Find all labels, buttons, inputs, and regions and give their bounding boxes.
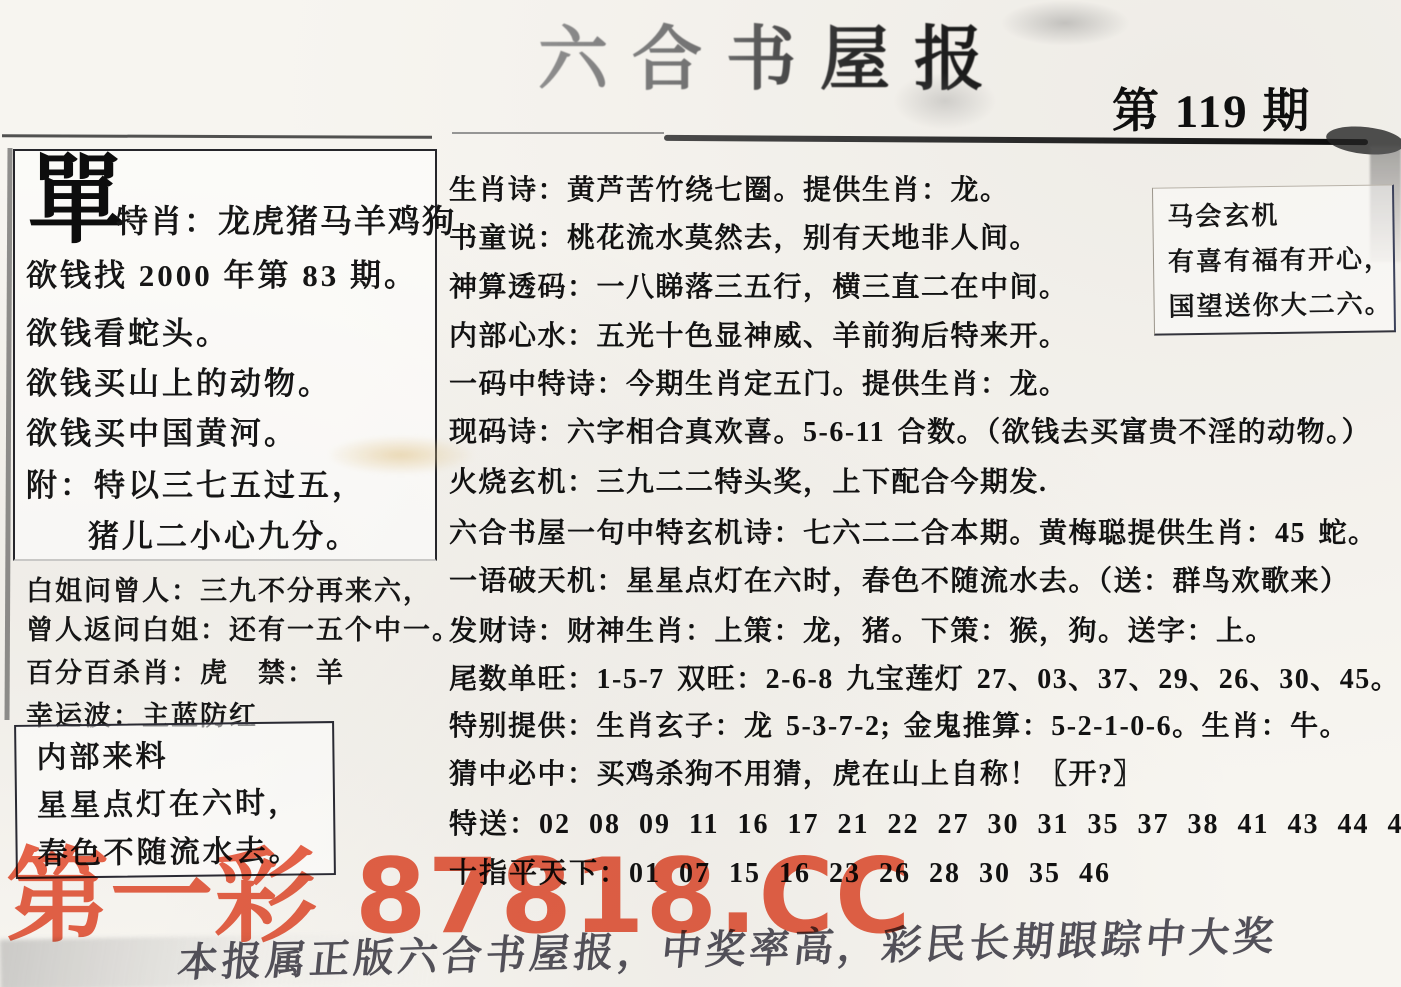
right-line-tesong-numbers: 特送：02 08 09 11 16 17 21 22 27 30 31 35 3…: [449, 802, 1401, 842]
right-line-xianmashi: 现码诗：六字相合真欢喜。5-6-11 合数。（欲钱去买富贵不淫的动物。）: [449, 410, 1371, 450]
inner-info-line: 星星点灯在六时，: [37, 779, 334, 831]
right-line-shengxiaoshi: 生肖诗：黄芦苦竹绕七圈。提供生肖：龙。: [449, 168, 1010, 208]
big-dan-character: 單: [28, 152, 125, 249]
mahui-line: 国望送你大二六。: [1168, 281, 1394, 329]
right-line-yijuzhongte: 六合书屋一句中特玄机诗：七六二二合本期。黄梅聪提供生肖：45 蛇。: [449, 511, 1378, 551]
divider-line-left: [2, 134, 432, 139]
right-line-facaishi: 发财诗：财神生肖：上策：龙，猪。下策：猴，狗。送字：上。: [449, 609, 1275, 649]
issue-number: 第 119 期: [1112, 74, 1311, 141]
tip-line: 曾人返问白姐：还有一五个中一。: [26, 608, 461, 647]
left-line: 欲钱买山上的动物。: [26, 358, 332, 403]
mahui-line: 有喜有福有开心，: [1168, 236, 1394, 284]
right-line-shensuantouma: 神算透码：一八睇落三五行，横三直二在中间。: [449, 265, 1069, 305]
mahui-xuanji-box: 马会玄机 有喜有福有开心， 国望送你大二六。: [1152, 184, 1396, 335]
left-line: 猪儿二小心九分。: [88, 511, 360, 556]
tip-line: 白姐问曾人：三九不分再来六，: [26, 569, 432, 608]
scan-edge-shadow: [5, 148, 13, 720]
inner-info-title: 内部来料: [36, 731, 333, 783]
red-watermark: 第一彩 87818.CC: [6, 846, 912, 949]
mahui-title: 马会玄机: [1167, 191, 1393, 239]
scanned-lottery-sheet: 六合书屋报 第 119 期 單 特肖：龙虎猪马羊鸡狗 欲钱找 2000 年第 8…: [0, 0, 1401, 987]
right-line-weishudanwang: 尾数单旺：1-5-7 双旺：2-6-8 九宝莲灯 27、03、37、29、26、…: [449, 657, 1400, 697]
left-line: 附：特以三七五过五，: [26, 460, 366, 505]
right-line-neibuxinshui: 内部心水：五光十色显神威、羊前狗后特来开。: [449, 314, 1069, 354]
left-line: 欲钱找 2000 年第 83 期。: [26, 250, 418, 295]
divider-line-thin: [452, 132, 664, 134]
right-line-shutongshuo: 书童说：桃花流水莫然去，别有天地非人间。: [449, 216, 1039, 256]
right-line-yimazhongteshi: 一码中特诗：今期生肖定五门。提供生肖：龙。: [449, 362, 1069, 402]
right-line-yiyupotianji: 一语破天机：星星点灯在六时，春色不随流水去。（送：群鸟欢歌来）: [449, 559, 1350, 599]
page-title: 六合书屋报: [538, 14, 1008, 105]
texiao-line: 特肖：龙虎猪马羊鸡狗: [116, 196, 456, 242]
left-line: 欲钱看蛇头。: [26, 308, 230, 353]
tip-line: 百分百杀肖：虎 禁：羊: [26, 651, 345, 690]
right-line-tebietigong: 特别提供：生肖玄子：龙 5-3-7-2; 金鬼推算：5-2-1-0-6。生肖：牛…: [449, 704, 1349, 744]
scan-smudge: [1000, 0, 1130, 46]
right-line-caizhongbizhong: 猜中必中：买鸡杀狗不用猜，虎在山上自称！〖开?〗: [449, 752, 1143, 792]
right-line-huoshaoxuanji: 火烧玄机：三九二二特头奖，上下配合今期发.: [449, 460, 1048, 500]
left-line: 欲钱买中国黄河。: [26, 408, 298, 453]
